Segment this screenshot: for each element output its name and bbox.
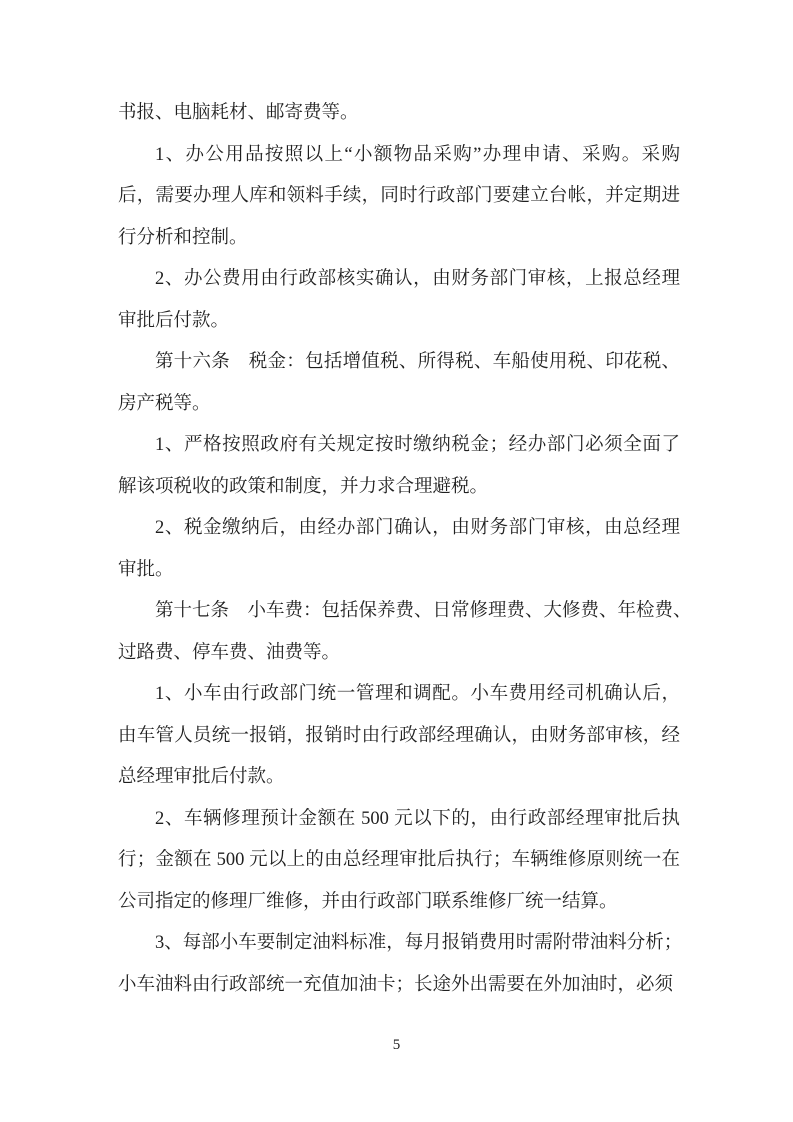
paragraph-4-line-1: 第十六条 税金：包括增值税、所得税、车船使用税、印花税、 (118, 342, 680, 384)
paragraph-7-line-1: 第十七条 小车费：包括保养费、日常修理费、大修费、年检费、 (118, 591, 680, 633)
paragraph-10-line-2: 小车油料由行政部统一充值加油卡；长途外出需要在外加油时，必须 (118, 965, 680, 1007)
paragraph-6-line-1: 2、税金缴纳后，由经办部门确认，由财务部门审核，由总经理 (118, 508, 680, 550)
paragraph-8-line-1: 1、小车由行政部门统一管理和调配。小车费用经司机确认后， (118, 674, 680, 716)
paragraph-9-line-2: 行；金额在 500 元以上的由总经理审批后执行；车辆维修原则统一在 (118, 840, 680, 882)
paragraph-3-line-1: 2、办公费用由行政部核实确认，由财务部门审核，上报总经理 (118, 259, 680, 301)
paragraph-5-line-2: 解该项税收的政策和制度，并力求合理避税。 (118, 467, 680, 509)
paragraph-5-line-1: 1、严格按照政府有关规定按时缴纳税金；经办部门必须全面了 (118, 425, 680, 467)
paragraph-9-line-3: 公司指定的修理厂维修，并由行政部门联系维修厂统一结算。 (118, 882, 680, 924)
paragraph-2-line-1: 1、办公用品按照以上“小额物品采购”办理申请、采购。采购 (118, 135, 680, 177)
paragraph-7-line-2: 过路费、停车费、油费等。 (118, 633, 680, 675)
paragraph-4-line-2: 房产税等。 (118, 384, 680, 426)
paragraph-3-line-2: 审批后付款。 (118, 301, 680, 343)
paragraph-2-line-3: 行分析和控制。 (118, 218, 680, 260)
paragraph-9-line-1: 2、车辆修理预计金额在 500 元以下的，由行政部经理审批后执 (118, 799, 680, 841)
document-content: 书报、电脑耗材、邮寄费等。1、办公用品按照以上“小额物品采购”办理申请、采购。采… (118, 93, 680, 1006)
paragraph-8-line-2: 由车管人员统一报销，报销时由行政部经理确认，由财务部审核，经 (118, 716, 680, 758)
page-number: 5 (0, 1036, 793, 1054)
paragraph-10-line-1: 3、每部小车要制定油料标准，每月报销费用时需附带油料分析； (118, 923, 680, 965)
paragraph-1-line-1: 书报、电脑耗材、邮寄费等。 (118, 93, 680, 135)
paragraph-2-line-2: 后，需要办理人库和领料手续，同时行政部门要建立台帐，并定期进 (118, 176, 680, 218)
paragraph-8-line-3: 总经理审批后付款。 (118, 757, 680, 799)
paragraph-6-line-2: 审批。 (118, 550, 680, 592)
document-page: 书报、电脑耗材、邮寄费等。1、办公用品按照以上“小额物品采购”办理申请、采购。采… (0, 0, 793, 1122)
